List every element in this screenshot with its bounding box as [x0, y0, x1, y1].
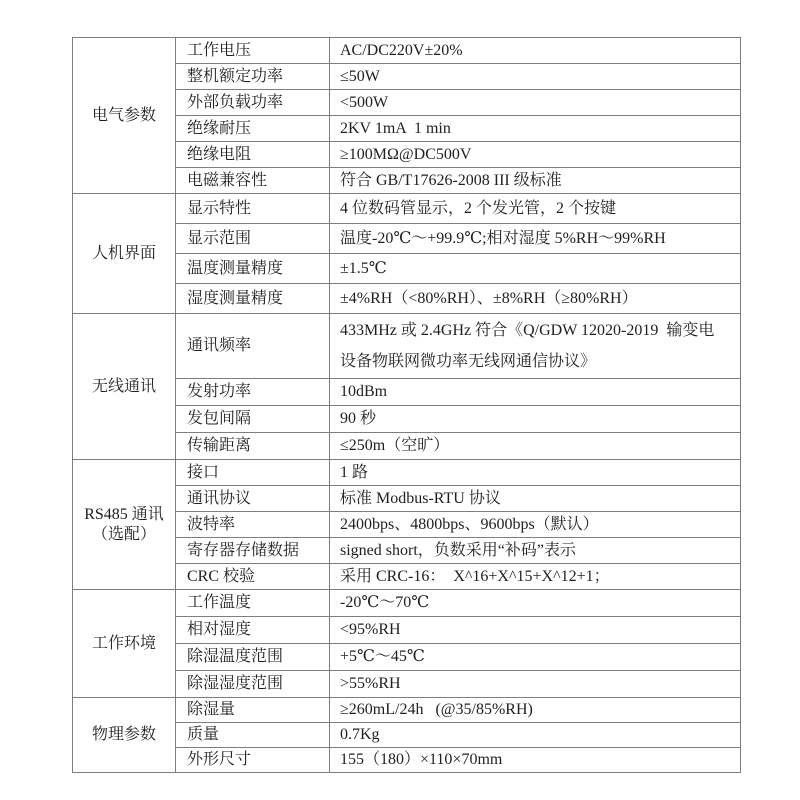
- table-row: RS485 通讯（选配） 接口 1 路: [73, 460, 741, 486]
- param-value-cell: 温度-20℃～+99.9℃;相对湿度 5%RH～99%RH: [330, 224, 741, 254]
- param-label-cell: 绝缘耐压: [176, 116, 330, 142]
- param-value-cell: >55%RH: [330, 671, 741, 698]
- param-value-cell: AC/DC220V±20%: [330, 38, 741, 64]
- param-label-cell: 通讯协议: [176, 486, 330, 512]
- section-hmi: 人机界面 显示特性 4 位数码管显示，2 个发光管，2 个按键 显示范围 温度-…: [73, 194, 741, 314]
- param-label-cell: 接口: [176, 460, 330, 486]
- section-physical: 物理参数 除湿量 ≥260mL/24h (@35/85%RH) 质量 0.7Kg…: [73, 698, 741, 773]
- param-value-cell: <500W: [330, 90, 741, 116]
- param-value-cell: ≤250m（空旷）: [330, 433, 741, 460]
- spec-table: 电气参数 工作电压 AC/DC220V±20% 整机额定功率 ≤50W 外部负载…: [72, 37, 741, 773]
- param-value-cell: 符合 GB/T17626-2008 III 级标准: [330, 168, 741, 194]
- param-label-cell: 工作电压: [176, 38, 330, 64]
- param-value-cell: ≥260mL/24h (@35/85%RH): [330, 698, 741, 723]
- param-value-cell: 2KV 1mA 1 min: [330, 116, 741, 142]
- param-value-cell: 4 位数码管显示，2 个发光管，2 个按键: [330, 194, 741, 224]
- param-label-cell: CRC 校验: [176, 564, 330, 590]
- table-row: 电气参数 工作电压 AC/DC220V±20%: [73, 38, 741, 64]
- param-value-cell: 155（180）×110×70mm: [330, 748, 741, 773]
- param-label-cell: 温度测量精度: [176, 254, 330, 284]
- param-value-cell: ±4%RH（<80%RH）、±8%RH（≥80%RH）: [330, 284, 741, 314]
- param-value-cell: signed short，负数采用“补码”表示: [330, 538, 741, 564]
- param-label-cell: 显示范围: [176, 224, 330, 254]
- category-cell: 无线通讯: [73, 314, 176, 460]
- table-row: 物理参数 除湿量 ≥260mL/24h (@35/85%RH): [73, 698, 741, 723]
- param-value-cell: 1 路: [330, 460, 741, 486]
- category-cell: 电气参数: [73, 38, 176, 194]
- param-value-cell: 10dBm: [330, 379, 741, 406]
- param-label-cell: 质量: [176, 723, 330, 748]
- param-value-cell: ≥100MΩ@DC500V: [330, 142, 741, 168]
- param-value-cell: 标准 Modbus-RTU 协议: [330, 486, 741, 512]
- category-cell: RS485 通讯（选配）: [73, 460, 176, 590]
- param-label-cell: 整机额定功率: [176, 64, 330, 90]
- param-label-cell: 工作温度: [176, 590, 330, 617]
- param-label-cell: 湿度测量精度: [176, 284, 330, 314]
- param-label-cell: 通讯频率: [176, 314, 330, 379]
- spec-sheet-page: 电气参数 工作电压 AC/DC220V±20% 整机额定功率 ≤50W 外部负载…: [0, 0, 800, 800]
- section-electrical: 电气参数 工作电压 AC/DC220V±20% 整机额定功率 ≤50W 外部负载…: [73, 38, 741, 194]
- param-label-cell: 除湿湿度范围: [176, 671, 330, 698]
- param-value-cell: 90 秒: [330, 406, 741, 433]
- param-label-cell: 相对湿度: [176, 617, 330, 644]
- param-value-cell: 0.7Kg: [330, 723, 741, 748]
- category-cell: 物理参数: [73, 698, 176, 773]
- table-row: 人机界面 显示特性 4 位数码管显示，2 个发光管，2 个按键: [73, 194, 741, 224]
- param-value-cell: +5℃～45℃: [330, 644, 741, 671]
- category-cell: 人机界面: [73, 194, 176, 314]
- param-value-cell: ≤50W: [330, 64, 741, 90]
- param-label-cell: 除湿温度范围: [176, 644, 330, 671]
- param-value-cell: ±1.5℃: [330, 254, 741, 284]
- param-label-cell: 绝缘电阻: [176, 142, 330, 168]
- param-value-cell: -20℃～70℃: [330, 590, 741, 617]
- section-wireless: 无线通讯 通讯频率 433MHz 或 2.4GHz 符合《Q/GDW 12020…: [73, 314, 741, 460]
- param-label-cell: 除湿量: [176, 698, 330, 723]
- param-value-cell: <95%RH: [330, 617, 741, 644]
- param-label-cell: 波特率: [176, 512, 330, 538]
- param-label-cell: 寄存器存储数据: [176, 538, 330, 564]
- section-rs485: RS485 通讯（选配） 接口 1 路 通讯协议 标准 Modbus-RTU 协…: [73, 460, 741, 590]
- category-cell: 工作环境: [73, 590, 176, 698]
- table-row: 无线通讯 通讯频率 433MHz 或 2.4GHz 符合《Q/GDW 12020…: [73, 314, 741, 379]
- param-label-cell: 外部负载功率: [176, 90, 330, 116]
- param-label-cell: 发射功率: [176, 379, 330, 406]
- param-label-cell: 外形尺寸: [176, 748, 330, 773]
- param-value-cell: 采用 CRC-16： X^16+X^15+X^12+1；: [330, 564, 741, 590]
- param-label-cell: 传输距离: [176, 433, 330, 460]
- table-row: 工作环境 工作温度 -20℃～70℃: [73, 590, 741, 617]
- param-label-cell: 发包间隔: [176, 406, 330, 433]
- param-label-cell: 电磁兼容性: [176, 168, 330, 194]
- param-value-cell: 433MHz 或 2.4GHz 符合《Q/GDW 12020-2019 输变电 …: [330, 314, 741, 379]
- param-label-cell: 显示特性: [176, 194, 330, 224]
- section-environment: 工作环境 工作温度 -20℃～70℃ 相对湿度 <95%RH 除湿温度范围 +5…: [73, 590, 741, 698]
- param-value-cell: 2400bps、4800bps、9600bps（默认）: [330, 512, 741, 538]
